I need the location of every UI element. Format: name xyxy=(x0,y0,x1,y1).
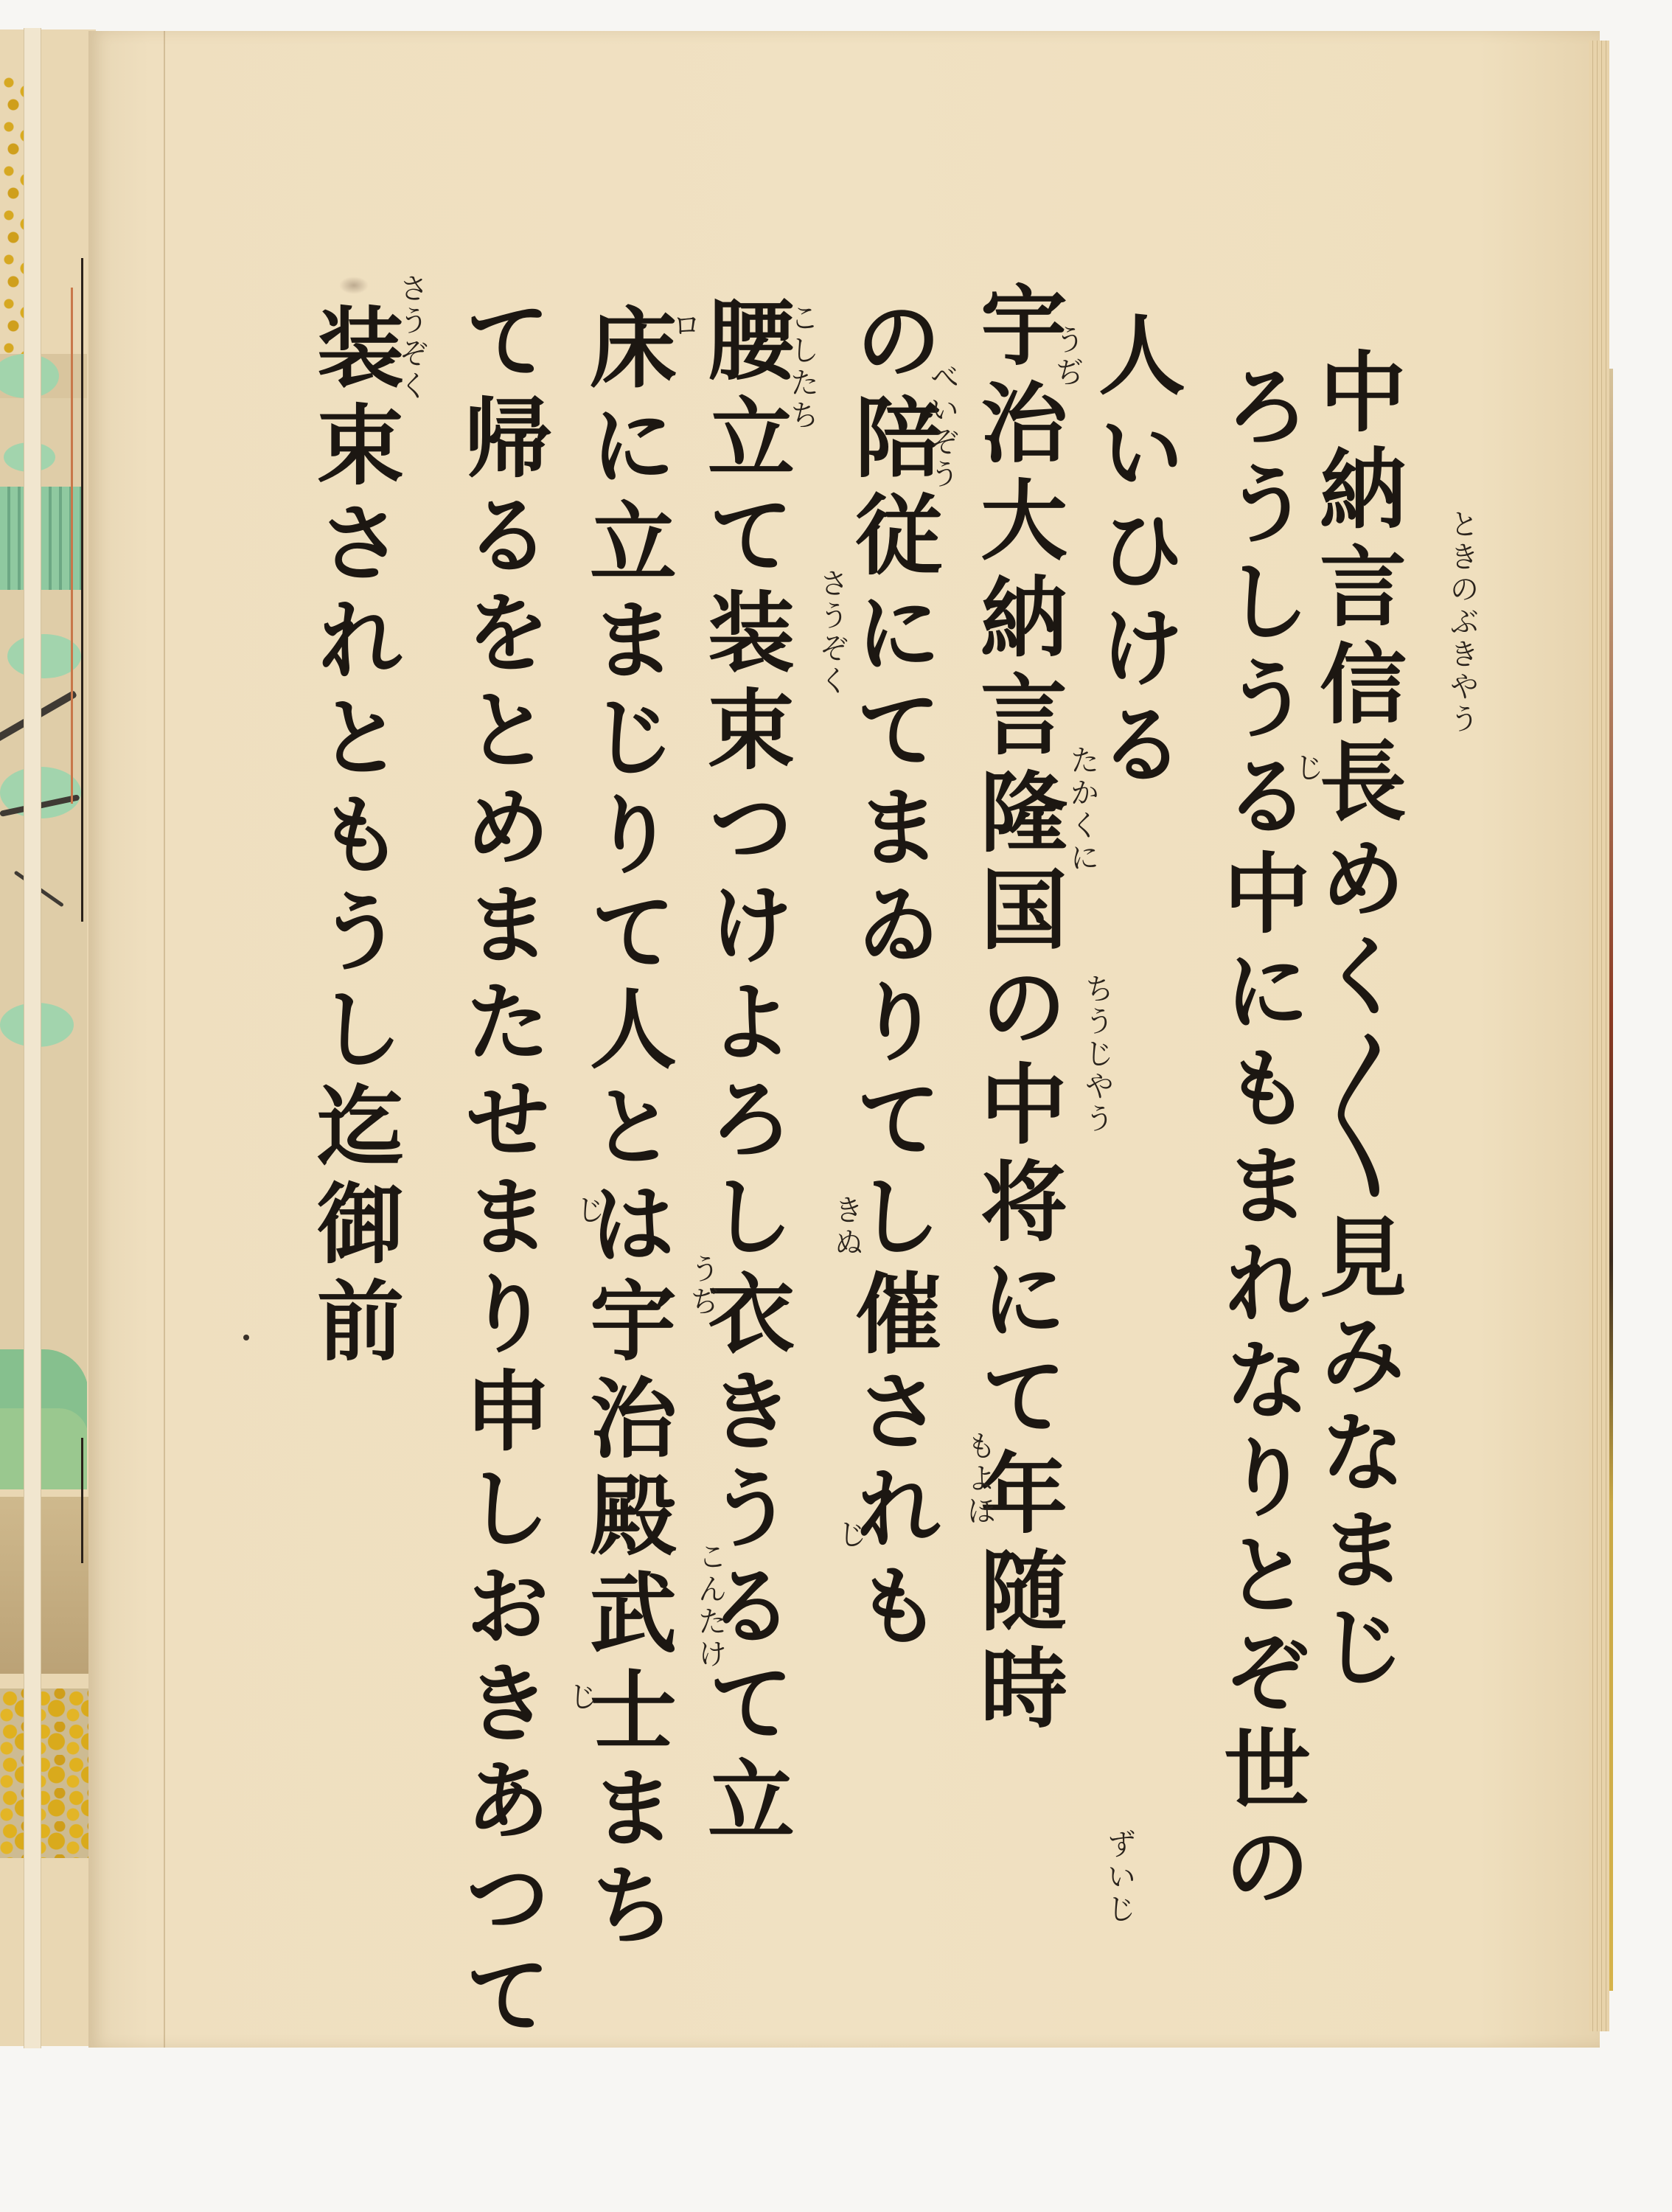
furigana: ときのぶきやう xyxy=(1441,509,1483,736)
page-stack-edges xyxy=(1589,41,1609,2031)
furigana: じ xyxy=(829,1519,871,1551)
furigana: もよほ xyxy=(958,1430,1000,1528)
furigana: ロ xyxy=(663,310,706,342)
folded-paper-strip xyxy=(24,28,41,2048)
sepia-wash xyxy=(0,1497,88,1674)
text-column-8: て帰るをとめまたせまり申しおきあつて xyxy=(457,295,544,2047)
binding-thread-orange xyxy=(71,288,73,804)
gold-leaf-decoration-bottom xyxy=(0,1688,100,1858)
furigana: さうぞく xyxy=(391,273,433,403)
green-mound xyxy=(0,1408,87,1489)
binding-thread xyxy=(81,1438,83,1563)
furigana: べいぞう xyxy=(922,361,964,491)
furigana: こしたち xyxy=(781,302,823,432)
text-column-3: 人いひける xyxy=(1091,310,1178,796)
foliage xyxy=(7,634,81,678)
ink-dot xyxy=(243,1335,249,1340)
text-column-5: の陪従にてまゐりてし催されも xyxy=(848,295,935,1658)
furigana: うぢ xyxy=(682,1253,724,1318)
furigana: こんたけ xyxy=(689,1541,731,1671)
furigana: ちうじやう xyxy=(1076,973,1118,1135)
binding-thread xyxy=(81,258,83,922)
furigana: うぢ xyxy=(1047,324,1089,389)
painted-illustration xyxy=(0,354,87,1489)
furigana: きぬ xyxy=(826,1194,868,1259)
text-column-2: ろうしうる中にもまれなりとぞ世の xyxy=(1216,361,1303,1919)
furigana: じ xyxy=(560,1681,602,1714)
ink-stain xyxy=(339,276,369,294)
text-column-9: 装束されともうし迄御前 xyxy=(310,302,397,1373)
furigana: たかくに xyxy=(1062,745,1104,874)
furigana: さうぞく xyxy=(811,568,853,698)
text-column-1: 中納言信長めく〳〵見みなまじ xyxy=(1312,347,1399,1699)
furigana: じ xyxy=(568,1194,610,1227)
furigana: ずいじ xyxy=(1098,1829,1140,1926)
furigana: じ xyxy=(1286,752,1328,785)
back-cover-edge xyxy=(1609,369,1613,1991)
gutter-fold xyxy=(164,31,165,2048)
